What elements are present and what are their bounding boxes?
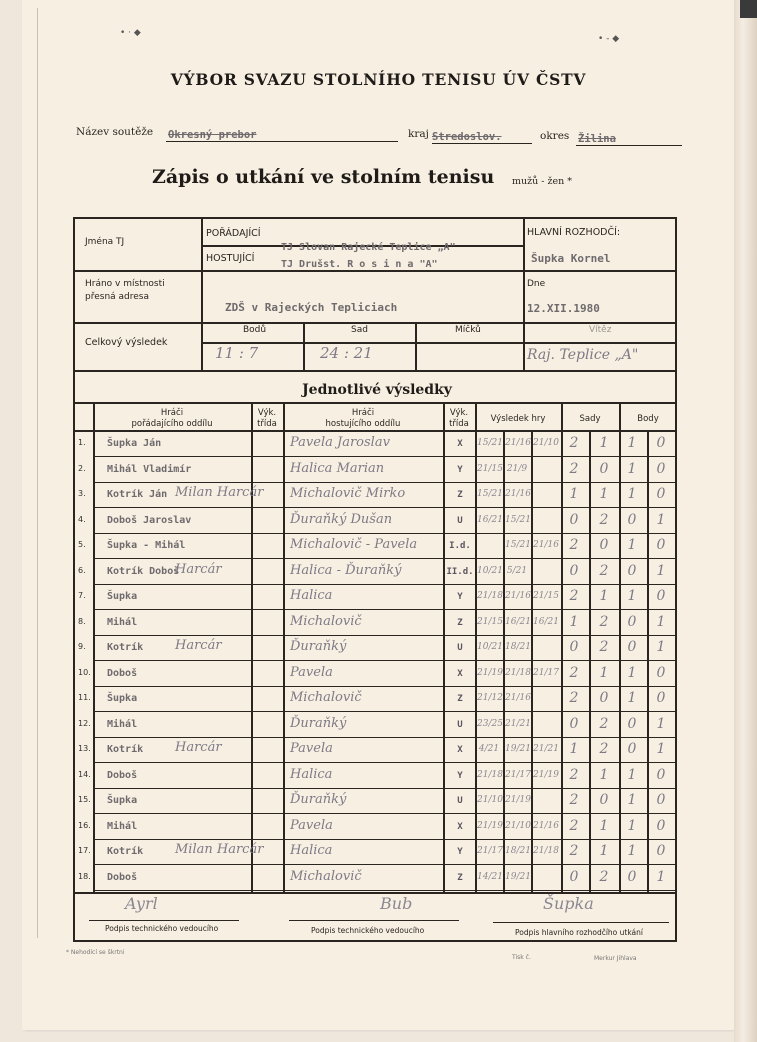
col-game-result: Výsledek hry bbox=[475, 414, 561, 425]
game-1-score: 21/12 bbox=[477, 693, 501, 703]
row-number: 5. bbox=[78, 540, 86, 549]
guest-class: Z bbox=[445, 694, 475, 704]
game-2-score: 21/16 bbox=[505, 438, 529, 448]
sets-guest: 1 bbox=[595, 588, 613, 604]
points-home: 1 bbox=[623, 818, 641, 834]
points-home: 0 bbox=[623, 741, 641, 757]
table-row: 9.KotríkHarcárĎuraňkýU10/2118/210201 bbox=[75, 636, 679, 660]
footnote-middle: Tisk č. bbox=[512, 954, 531, 961]
home-player: Doboš bbox=[107, 770, 137, 781]
game-1-score: 21/15 bbox=[477, 617, 501, 627]
table-row: 15.ŠupkaĎuraňkýU21/1021/192010 bbox=[75, 789, 679, 813]
game-1-score: 14/21 bbox=[477, 872, 501, 882]
home-player-handwritten: Harcár bbox=[175, 562, 222, 577]
col-home-class-line2: třída bbox=[251, 419, 283, 430]
individual-results-table: Jednotlivé výsledky Hráči pořádajícího o… bbox=[73, 372, 677, 942]
points-home: 0 bbox=[623, 563, 641, 579]
guest-class: U bbox=[445, 796, 475, 806]
game-2-score: 5/21 bbox=[505, 566, 529, 576]
home-player: Šupka bbox=[107, 591, 137, 602]
row-number: 6. bbox=[78, 566, 86, 575]
points-value: 11 : 7 bbox=[215, 344, 258, 362]
guest-class: Y bbox=[445, 465, 475, 475]
game-3-score: 16/21 bbox=[533, 617, 557, 627]
date-label: Dne bbox=[527, 279, 545, 289]
venue-value: ZDŠ v Rajeckých Tepliciach bbox=[225, 301, 397, 314]
home-player: Doboš bbox=[107, 872, 137, 883]
guest-class: II.d. bbox=[445, 567, 475, 577]
venue-label-1: Hráno v místnosti bbox=[85, 279, 165, 289]
points-home: 0 bbox=[623, 639, 641, 655]
home-player: Šupka bbox=[107, 693, 137, 704]
points-guest: 1 bbox=[652, 716, 670, 732]
paper-edge bbox=[734, 0, 757, 1042]
sets-home: 0 bbox=[565, 639, 583, 655]
guest-class: Y bbox=[445, 771, 475, 781]
table-row: 13.KotríkHarcárPavelaX4/2119/2121/211201 bbox=[75, 738, 679, 762]
table-row: 10.DobošPavelaX21/1921/1821/172110 bbox=[75, 662, 679, 686]
guest-player: Pavela bbox=[290, 818, 333, 833]
points-guest: 0 bbox=[652, 435, 670, 451]
points-guest: 0 bbox=[652, 818, 670, 834]
points-home: 1 bbox=[623, 537, 641, 553]
points-guest: 0 bbox=[652, 665, 670, 681]
row-number: 8. bbox=[78, 617, 86, 626]
game-3-score: 21/15 bbox=[533, 591, 557, 601]
guest-player: Ďuraňký Dušan bbox=[290, 512, 392, 527]
col-guest-class-line1: Výk. bbox=[443, 408, 475, 419]
referee-label: HLAVNÍ ROZHODČÍ: bbox=[527, 227, 620, 238]
points-guest: 0 bbox=[652, 792, 670, 808]
col-sets: Sady bbox=[561, 414, 619, 425]
home-player: Šupka Ján bbox=[107, 438, 161, 449]
match-info-table: Jména TJ POŘÁDAJÍCÍ TJ Slovan Rajecké Te… bbox=[73, 217, 677, 372]
guest-player: Michalovič bbox=[290, 869, 362, 884]
game-1-score: 10/21 bbox=[477, 642, 501, 652]
row-number: 3. bbox=[78, 489, 86, 498]
sets-guest: 0 bbox=[595, 537, 613, 553]
game-2-score: 16/21 bbox=[505, 617, 529, 627]
points-home: 0 bbox=[623, 716, 641, 732]
background-corner bbox=[740, 0, 757, 18]
points-guest: 1 bbox=[652, 639, 670, 655]
home-player-handwritten: Harcár bbox=[175, 740, 222, 755]
game-2-score: 21/16 bbox=[505, 591, 529, 601]
guest-team-label: HOSTUJÍCÍ bbox=[206, 253, 254, 264]
col-guest-players-line1: Hráči bbox=[283, 408, 443, 419]
table-row: 6.Kotrík DobošHarcárHalica - ĎuraňkýII.d… bbox=[75, 560, 679, 584]
guest-leader-sig-label: Podpis technického vedoucího bbox=[311, 926, 424, 935]
guest-player: Halica bbox=[290, 767, 332, 782]
sets-guest: 2 bbox=[595, 639, 613, 655]
table-row: 4.Doboš JaroslavĎuraňký DušanU16/2115/21… bbox=[75, 509, 679, 533]
sets-home: 0 bbox=[565, 716, 583, 732]
home-player: Šupka bbox=[107, 795, 137, 806]
sets-guest: 2 bbox=[595, 563, 613, 579]
sets-home: 1 bbox=[565, 741, 583, 757]
points-home: 1 bbox=[623, 690, 641, 706]
game-2-score: 21/21 bbox=[505, 719, 529, 729]
col-home-class: Výk. třída bbox=[251, 408, 283, 430]
guest-player: Michalovič - Pavela bbox=[290, 537, 417, 552]
home-player: Mihál Vladimír bbox=[107, 464, 191, 475]
points-home: 1 bbox=[623, 588, 641, 604]
guest-player: Halica Marian bbox=[290, 461, 384, 476]
game-2-score: 21/19 bbox=[505, 795, 529, 805]
table-row: 16.MihálPavelaX21/1921/1021/162110 bbox=[75, 815, 679, 839]
game-3-score: 21/16 bbox=[533, 540, 557, 550]
points-guest: 1 bbox=[652, 869, 670, 885]
fold-line bbox=[37, 8, 38, 938]
points-home: 0 bbox=[623, 614, 641, 630]
punch-mark-right: • ‑ ◆ bbox=[598, 34, 619, 44]
overall-label: Celkový výsledek bbox=[85, 337, 167, 348]
points-guest: 1 bbox=[652, 563, 670, 579]
points-guest: 1 bbox=[652, 741, 670, 757]
balls-label: Míčků bbox=[455, 325, 481, 335]
game-1-score: 10/21 bbox=[477, 566, 501, 576]
points-guest: 0 bbox=[652, 486, 670, 502]
points-guest: 0 bbox=[652, 461, 670, 477]
row-number: 7. bbox=[78, 591, 86, 600]
game-3-score: 21/16 bbox=[533, 821, 557, 831]
sets-guest: 2 bbox=[595, 741, 613, 757]
sets-guest: 2 bbox=[595, 512, 613, 528]
footnote-left: * Nehodící se škrtni bbox=[66, 949, 125, 956]
guest-class: Z bbox=[445, 618, 475, 628]
sets-home: 2 bbox=[565, 461, 583, 477]
game-2-score: 18/21 bbox=[505, 846, 529, 856]
points-label: Bodů bbox=[243, 325, 266, 335]
sets-value: 24 : 21 bbox=[320, 344, 373, 362]
guest-class: X bbox=[445, 745, 475, 755]
home-player: Mihál bbox=[107, 617, 137, 628]
winner-value: Raj. Teplice „A" bbox=[527, 347, 638, 363]
home-player-handwritten: Milan Harcár bbox=[175, 842, 263, 857]
guest-player: Halica bbox=[290, 843, 332, 858]
sets-guest: 2 bbox=[595, 716, 613, 732]
team-names-label: Jména TJ bbox=[85, 237, 124, 247]
game-1-score: 15/21 bbox=[477, 489, 501, 499]
referee-signature: Šupka bbox=[543, 894, 594, 913]
guest-player: Pavela bbox=[290, 741, 333, 756]
table-row: 7.ŠupkaHalicaY21/1821/1621/152110 bbox=[75, 585, 679, 609]
sets-guest: 2 bbox=[595, 614, 613, 630]
game-1-score: 16/21 bbox=[477, 515, 501, 525]
row-number: 9. bbox=[78, 642, 86, 651]
home-player: Mihál bbox=[107, 821, 137, 832]
guest-class: U bbox=[445, 516, 475, 526]
sets-guest: 1 bbox=[595, 665, 613, 681]
district-underline bbox=[576, 145, 682, 146]
points-home: 1 bbox=[623, 767, 641, 783]
table-row: 17.KotríkMilan HarcárHalicaY21/1718/2121… bbox=[75, 840, 679, 864]
table-row: 8.MihálMichalovičZ21/1516/2116/211201 bbox=[75, 611, 679, 635]
sets-guest: 1 bbox=[595, 818, 613, 834]
home-player: Kotrík bbox=[107, 846, 143, 857]
guest-team-value: TJ Drušst. R o s i n a "A" bbox=[281, 259, 438, 270]
game-3-score: 21/18 bbox=[533, 846, 557, 856]
home-player: Doboš bbox=[107, 668, 137, 679]
table-row: 5.Šupka - MihálMichalovič - PavelaI.d.15… bbox=[75, 534, 679, 558]
game-1-score: 21/17 bbox=[477, 846, 501, 856]
guest-player: Michalovič bbox=[290, 690, 362, 705]
game-2-score: 15/21 bbox=[505, 540, 529, 550]
sets-home: 0 bbox=[565, 869, 583, 885]
points-home: 0 bbox=[623, 869, 641, 885]
home-player: Doboš Jaroslav bbox=[107, 515, 191, 526]
sets-guest: 1 bbox=[595, 486, 613, 502]
sets-label: Sad bbox=[351, 325, 368, 335]
sets-home: 2 bbox=[565, 843, 583, 859]
guest-class: X bbox=[445, 439, 475, 449]
guest-class: Y bbox=[445, 592, 475, 602]
date-value: 12.XII.1980 bbox=[527, 302, 600, 315]
row-number: 13. bbox=[78, 744, 91, 753]
game-1-score: 21/19 bbox=[477, 821, 501, 831]
guest-class: U bbox=[445, 720, 475, 730]
table-row: 11.ŠupkaMichalovičZ21/1221/162010 bbox=[75, 687, 679, 711]
row-divider bbox=[93, 890, 675, 891]
game-3-score: 21/19 bbox=[533, 770, 557, 780]
game-2-score: 21/17 bbox=[505, 770, 529, 780]
col-guest-players: Hráči hostujícího oddílu bbox=[283, 408, 443, 430]
punch-mark-left: • · ◆ bbox=[120, 28, 141, 38]
game-2-score: 19/21 bbox=[505, 872, 529, 882]
sets-home: 1 bbox=[565, 486, 583, 502]
table-row: 18.DobošMichalovičZ14/2119/210201 bbox=[75, 866, 679, 890]
guest-class: Y bbox=[445, 847, 475, 857]
col-guest-players-line2: hostujícího oddílu bbox=[283, 419, 443, 430]
row-number: 10. bbox=[78, 668, 91, 677]
venue-label-2: přesná adresa bbox=[85, 292, 149, 302]
points-home: 0 bbox=[623, 512, 641, 528]
guest-player: Ďuraňký bbox=[290, 639, 346, 654]
points-guest: 0 bbox=[652, 767, 670, 783]
guest-player: Pavela bbox=[290, 665, 333, 680]
game-1-score: 21/15 bbox=[477, 464, 501, 474]
form-title: Zápis o utkání ve stolním tenisu bbox=[152, 166, 494, 188]
game-1-score: 21/10 bbox=[477, 795, 501, 805]
game-1-score: 15/21 bbox=[477, 438, 501, 448]
sets-home: 2 bbox=[565, 818, 583, 834]
table-row: 3.Kotrík JánMilan HarcárMichalovič Mirko… bbox=[75, 483, 679, 507]
competition-value: Okresný prebor bbox=[168, 129, 257, 141]
row-number: 14. bbox=[78, 770, 91, 779]
row-number: 1. bbox=[78, 438, 86, 447]
points-home: 1 bbox=[623, 792, 641, 808]
sets-guest: 0 bbox=[595, 690, 613, 706]
sets-home: 0 bbox=[565, 563, 583, 579]
home-team-value: TJ Slovan Rajecké Teplice „A" bbox=[281, 242, 456, 253]
guest-player: Ďuraňký bbox=[290, 716, 346, 731]
referee-sig-label: Podpis hlavního rozhodčího utkání bbox=[515, 928, 643, 937]
points-home: 1 bbox=[623, 461, 641, 477]
table-row: 1.Šupka JánPavela JaroslavX15/2121/1621/… bbox=[75, 432, 679, 456]
game-2-score: 21/16 bbox=[505, 489, 529, 499]
points-guest: 1 bbox=[652, 512, 670, 528]
points-guest: 1 bbox=[652, 614, 670, 630]
home-player: Kotrík bbox=[107, 744, 143, 755]
guest-class: I.d. bbox=[445, 541, 475, 551]
sets-guest: 1 bbox=[595, 435, 613, 451]
region-underline bbox=[432, 143, 532, 144]
guest-class: Z bbox=[445, 490, 475, 500]
row-number: 12. bbox=[78, 719, 91, 728]
guest-player: Halica bbox=[290, 588, 332, 603]
sets-home: 2 bbox=[565, 588, 583, 604]
game-1-score: 23/25 bbox=[477, 719, 501, 729]
col-home-players: Hráči pořádajícího oddílu bbox=[93, 408, 251, 430]
competition-underline bbox=[166, 141, 398, 142]
game-2-score: 21/10 bbox=[505, 821, 529, 831]
guest-class: Z bbox=[445, 873, 475, 883]
guest-class: U bbox=[445, 643, 475, 653]
sets-guest: 0 bbox=[595, 461, 613, 477]
table-row: 14.DobošHalicaY21/1821/1721/192110 bbox=[75, 764, 679, 788]
sets-home: 0 bbox=[565, 512, 583, 528]
game-2-score: 21/16 bbox=[505, 693, 529, 703]
home-player: Mihál bbox=[107, 719, 137, 730]
sets-home: 2 bbox=[565, 792, 583, 808]
home-player: Kotrík Ján bbox=[107, 489, 167, 500]
home-leader-signature: Ayrl bbox=[125, 894, 158, 913]
game-1-score: 21/19 bbox=[477, 668, 501, 678]
points-home: 1 bbox=[623, 843, 641, 859]
game-2-score: 15/21 bbox=[505, 515, 529, 525]
col-guest-class-line2: třída bbox=[443, 419, 475, 430]
region-value: Stredoslov. bbox=[432, 131, 502, 143]
home-player: Kotrík Doboš bbox=[107, 566, 179, 577]
game-2-score: 18/21 bbox=[505, 642, 529, 652]
referee-value: Šupka Kornel bbox=[531, 252, 610, 265]
district-label: okres bbox=[540, 130, 569, 142]
guest-player: Ďuraňký bbox=[290, 792, 346, 807]
sets-home: 2 bbox=[565, 537, 583, 553]
points-guest: 0 bbox=[652, 843, 670, 859]
points-home: 1 bbox=[623, 435, 641, 451]
gender-label: mužů - žen * bbox=[512, 176, 572, 187]
guest-leader-signature: Bub bbox=[380, 894, 412, 913]
game-1-score: 21/18 bbox=[477, 591, 501, 601]
col-home-class-line1: Výk. bbox=[251, 408, 283, 419]
game-1-score: 4/21 bbox=[477, 744, 501, 754]
game-1-score: 21/18 bbox=[477, 770, 501, 780]
row-number: 4. bbox=[78, 515, 86, 524]
guest-player: Halica - Ďuraňký bbox=[290, 563, 401, 578]
table-row: 12.MihálĎuraňkýU23/2521/210201 bbox=[75, 713, 679, 737]
home-team-label: POŘÁDAJÍCÍ bbox=[206, 228, 261, 239]
row-number: 17. bbox=[78, 846, 91, 855]
home-player-handwritten: Harcár bbox=[175, 638, 222, 653]
row-number: 15. bbox=[78, 795, 91, 804]
guest-player: Michalovič Mirko bbox=[290, 486, 405, 501]
points-home: 1 bbox=[623, 665, 641, 681]
region-label: kraj bbox=[408, 128, 429, 140]
points-guest: 0 bbox=[652, 690, 670, 706]
sets-home: 2 bbox=[565, 767, 583, 783]
game-2-score: 21/18 bbox=[505, 668, 529, 678]
game-2-score: 21/9 bbox=[505, 464, 529, 474]
table-row: 2.Mihál VladimírHalica MarianY21/1521/92… bbox=[75, 458, 679, 482]
col-points: Body bbox=[619, 414, 677, 425]
row-number: 2. bbox=[78, 464, 86, 473]
col-home-players-line1: Hráči bbox=[93, 408, 251, 419]
footnote-right: Merkur Jihlava bbox=[594, 955, 637, 962]
points-home: 1 bbox=[623, 486, 641, 502]
game-2-score: 19/21 bbox=[505, 744, 529, 754]
section-title: Jednotlivé výsledky bbox=[75, 382, 679, 398]
sets-home: 1 bbox=[565, 614, 583, 630]
game-3-score: 21/10 bbox=[533, 438, 557, 448]
row-number: 18. bbox=[78, 872, 91, 881]
sets-guest: 1 bbox=[595, 767, 613, 783]
sets-guest: 2 bbox=[595, 869, 613, 885]
col-home-players-line2: pořádajícího oddílu bbox=[93, 419, 251, 430]
winner-label: Vítěz bbox=[589, 325, 611, 335]
sets-home: 2 bbox=[565, 690, 583, 706]
sets-guest: 1 bbox=[595, 843, 613, 859]
col-guest-class: Výk. třída bbox=[443, 408, 475, 430]
home-player: Kotrík bbox=[107, 642, 143, 653]
game-3-score: 21/21 bbox=[533, 744, 557, 754]
points-guest: 0 bbox=[652, 537, 670, 553]
points-guest: 0 bbox=[652, 588, 670, 604]
guest-class: X bbox=[445, 822, 475, 832]
competition-label: Název soutěže bbox=[76, 126, 153, 138]
sets-home: 2 bbox=[565, 665, 583, 681]
row-number: 16. bbox=[78, 821, 91, 830]
guest-player: Pavela Jaroslav bbox=[290, 435, 390, 450]
sets-guest: 0 bbox=[595, 792, 613, 808]
home-leader-sig-label: Podpis technického vedoucího bbox=[105, 924, 218, 933]
row-number: 11. bbox=[78, 693, 91, 702]
home-player: Šupka - Mihál bbox=[107, 540, 185, 551]
organization-title: VÝBOR SVAZU STOLNÍHO TENISU ÚV ČSTV bbox=[0, 70, 757, 89]
home-player-handwritten: Milan Harcár bbox=[175, 485, 263, 500]
guest-class: X bbox=[445, 669, 475, 679]
game-3-score: 21/17 bbox=[533, 668, 557, 678]
district-value: Žilina bbox=[578, 133, 616, 145]
sets-home: 2 bbox=[565, 435, 583, 451]
guest-player: Michalovič bbox=[290, 614, 362, 629]
